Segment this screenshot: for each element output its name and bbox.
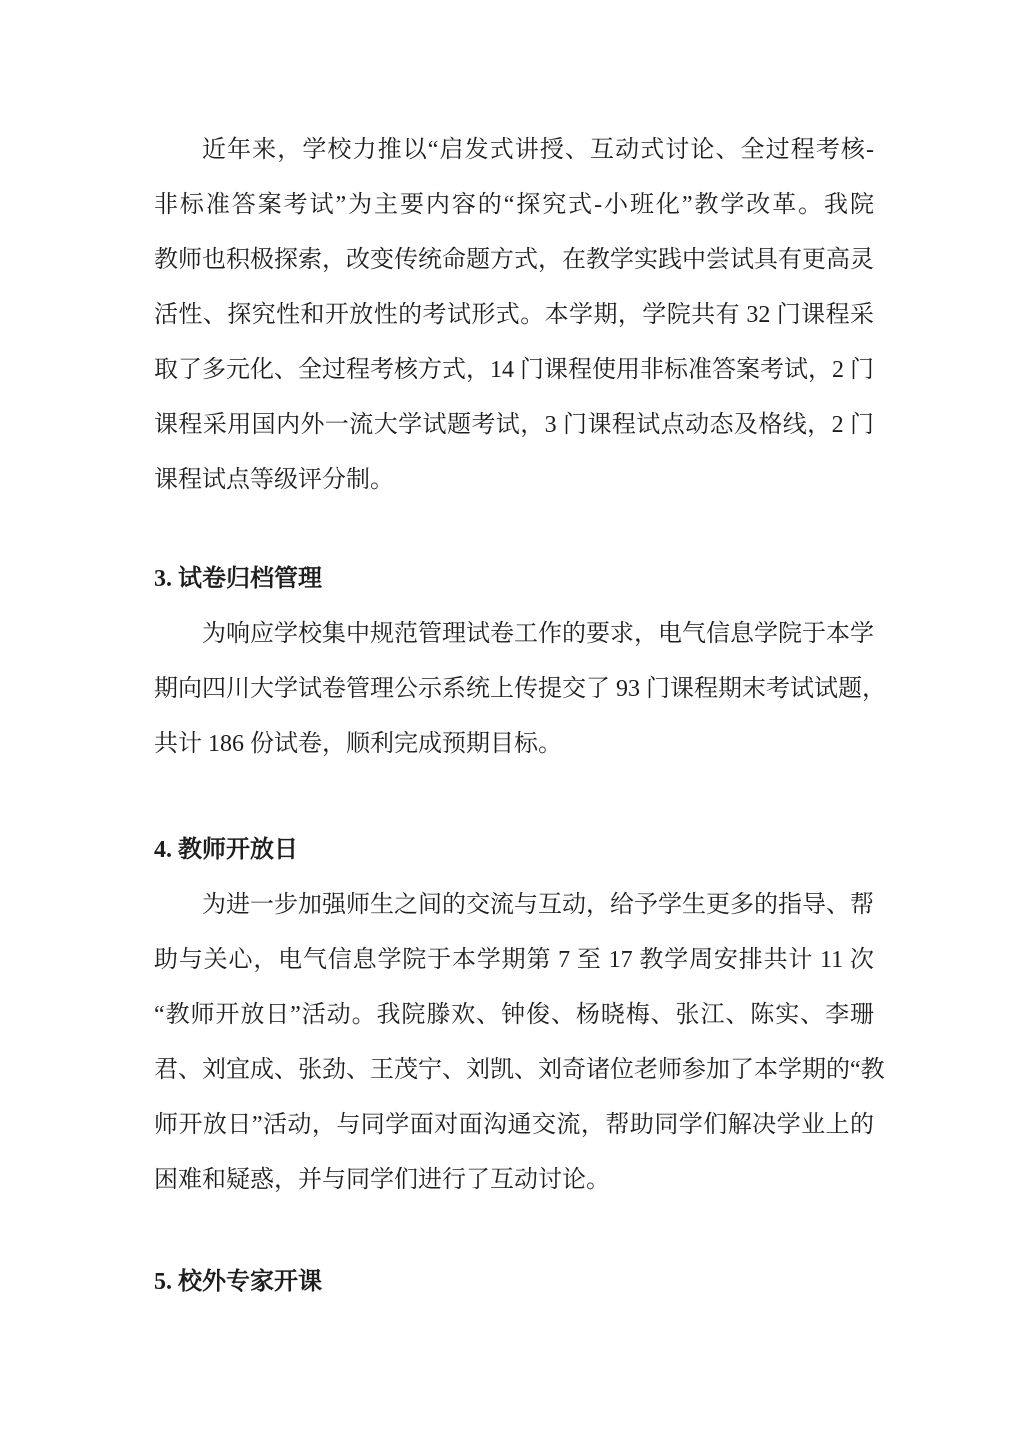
text-line: 取了多元化、全过程考核方式，14 门课程使用非标准答案考试，2 门 [154, 343, 874, 398]
text-line: 课程采用国内外一流大学试题考试，3 门课程试点动态及格线，2 门 [154, 398, 874, 453]
text-line: 助与关心，电气信息学院于本学期第 7 至 17 教学周安排共计 11 次 [154, 933, 874, 988]
text-line: 期向四川大学试卷管理公示系统上传提交了 93 门课程期末考试试题， [154, 662, 874, 717]
text-line: 教师也积极探索，改变传统命题方式，在教学实践中尝试具有更高灵 [154, 233, 874, 288]
text-line: 活性、探究性和开放性的考试形式。本学期，学院共有 32 门课程采 [154, 288, 874, 343]
text-line: 为响应学校集中规范管理试卷工作的要求，电气信息学院于本学 [154, 607, 874, 662]
text-line: 为进一步加强师生之间的交流与互动，给予学生更多的指导、帮 [154, 878, 874, 933]
text-line: 非标准答案考试”为主要内容的“探究式-小班化”教学改革。我院 [154, 178, 874, 233]
text-line: “教师开放日”活动。我院滕欢、钟俊、杨晓梅、张江、陈实、李珊 [154, 988, 874, 1043]
paragraph-teacher-open-day: 为进一步加强师生之间的交流与互动，给予学生更多的指导、帮 助与关心，电气信息学院… [154, 878, 874, 1208]
section-heading-external-experts: 5. 校外专家开课 [154, 1255, 874, 1310]
text-line: 近年来，学校力推以“启发式讲授、互动式讨论、全过程考核- [154, 123, 874, 178]
text-line: 君、刘宜成、张劲、王茂宁、刘凯、刘奇诸位老师参加了本学期的“教 [154, 1043, 874, 1098]
section-heading-teacher-open-day: 4. 教师开放日 [154, 823, 874, 878]
text-line: 困难和疑惑，并与同学们进行了互动讨论。 [154, 1153, 874, 1208]
paragraph-archive-management: 为响应学校集中规范管理试卷工作的要求，电气信息学院于本学 期向四川大学试卷管理公… [154, 607, 874, 772]
document-page: 近年来，学校力推以“启发式讲授、互动式讨论、全过程考核- 非标准答案考试”为主要… [0, 0, 1024, 1448]
section-heading-archive-management: 3. 试卷归档管理 [154, 552, 874, 607]
paragraph-teaching-reform: 近年来，学校力推以“启发式讲授、互动式讨论、全过程考核- 非标准答案考试”为主要… [154, 123, 874, 508]
text-line: 师开放日”活动，与同学面对面沟通交流，帮助同学们解决学业上的 [154, 1098, 874, 1153]
text-line: 课程试点等级评分制。 [154, 453, 874, 508]
text-line: 共计 186 份试卷，顺利完成预期目标。 [154, 717, 874, 772]
